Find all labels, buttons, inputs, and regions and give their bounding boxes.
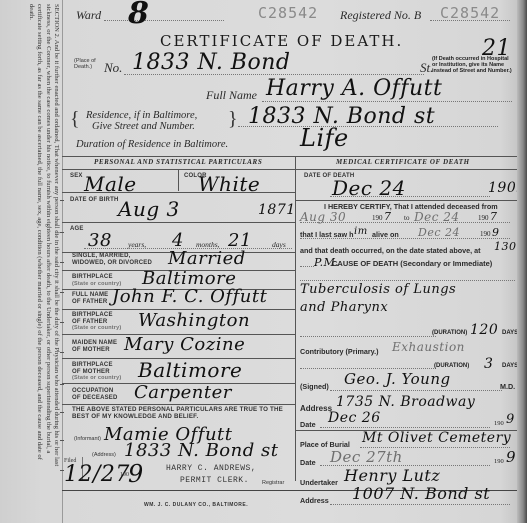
marital-label: SINGLE, MARRIED,WIDOWED, OR DIVORCED <box>72 253 152 266</box>
mother-birthplace-label: BIRTHPLACEOF MOTHER(State or country) <box>72 362 121 382</box>
contributory-value: Exhaustion <box>392 340 465 354</box>
full-name-label: Full Name <box>206 88 257 103</box>
last-saw-year: 9 <box>492 226 500 239</box>
informant-address: 1833 N. Bond st <box>124 440 278 461</box>
undertaker-label: Undertaker <box>300 478 338 487</box>
informant-address-label: (Address) <box>92 452 116 458</box>
duration-residence-value: Life <box>300 124 349 152</box>
ward-label: Ward <box>76 8 101 23</box>
filed-year: 9 <box>128 460 144 488</box>
last-saw-pronoun: im <box>354 226 368 237</box>
marital-value: Married <box>168 248 246 269</box>
time-of-death: 130 <box>494 240 517 253</box>
father-birthplace-value: Washington <box>138 310 250 331</box>
registrar-title: PERMIT CLERK. <box>180 476 249 485</box>
last-saw-year-label: 190 <box>480 230 491 238</box>
registrar-label: Registrar <box>262 480 284 486</box>
age-years: 38 <box>88 230 112 251</box>
residence-label-2: Give Street and Number. <box>92 121 195 132</box>
days-label: days <box>272 240 286 249</box>
certificate-date: Dec 26 <box>328 410 381 426</box>
place-of-death-label: (Place of Death.) <box>74 58 98 70</box>
physician-signature: Geo. J. Young <box>344 370 451 388</box>
certificate-title: CERTIFICATE OF DEATH. <box>160 32 403 50</box>
attestation-text: THE ABOVE STATED PERSONAL PARTICULARS AR… <box>72 407 283 420</box>
undertaker-name: Henry Lutz <box>344 466 440 485</box>
sex-label: SEX <box>70 173 83 180</box>
death-occurred-text: and that death occurred, on the date sta… <box>300 246 481 255</box>
contributory-label: Contributory (Primary.) <box>300 347 379 356</box>
father-label: FULL NAMEOF FATHER <box>72 292 108 305</box>
stamp-number: C28542 <box>258 4 318 22</box>
burial-date: Dec 27th <box>330 448 403 466</box>
hospital-note: (If Death occurred in Hospital or Instit… <box>432 56 512 75</box>
margin-ticks <box>60 0 64 523</box>
duration-label-2: (DURATION) <box>434 363 469 369</box>
last-saw-date: Dec 24 <box>418 226 460 239</box>
duration-1-value: 120 <box>470 322 498 338</box>
mother-maiden-name: Mary Cozine <box>124 334 245 355</box>
death-certificate-page: SECTION 2. And be it further enacted and… <box>0 0 527 523</box>
dob-label: DATE OF BIRTH <box>70 197 119 204</box>
cause-line-2: and Pharynx <box>300 300 388 315</box>
page-edge-shadow <box>517 0 527 523</box>
father-name: John F. C. Offutt <box>112 286 267 307</box>
place-of-death-value: 1833 N. Bond <box>132 50 290 75</box>
medical-header: MEDICAL CERTIFICATE OF DEATH <box>336 158 470 166</box>
duration-days-2: DAYS <box>502 363 518 369</box>
duration-residence-label: Duration of Residence in Baltimore. <box>76 139 228 150</box>
full-name-value: Harry A. Offutt <box>266 76 442 101</box>
md-label: M.D. <box>500 382 515 391</box>
attended-from-year-label: 190 <box>372 214 383 222</box>
place-no-label: No. <box>104 60 122 76</box>
attended-to-year: 7 <box>490 210 498 223</box>
date-of-death-value: Dec 24 <box>332 176 406 200</box>
years-label: years, <box>128 240 146 249</box>
attended-from: Aug 30 <box>300 210 346 224</box>
personal-header: PERSONAL AND STATISTICAL PARTICULARS <box>94 158 262 166</box>
occupation-value: Carpenter <box>134 382 232 403</box>
informant-label: (Informant) <box>74 436 101 442</box>
burial-year-label: 190 <box>494 458 504 465</box>
duration-days-1: DAYS <box>502 330 518 336</box>
mother-label: MAIDEN NAMEOF MOTHER <box>72 340 117 353</box>
duration-label-1: (DURATION) <box>432 330 467 336</box>
undertaker-address-label: Address <box>300 496 329 505</box>
physician-address: 1735 N. Broadway <box>336 394 475 410</box>
cause-label: CAUSE OF DEATH (Secondary or Immediate) <box>332 259 492 268</box>
registered-number: C28542 <box>440 4 500 22</box>
to-label: to <box>404 214 409 222</box>
duration-2-value: 3 <box>484 356 493 372</box>
law-text: SECTION 2. And be it further enacted and… <box>6 4 60 474</box>
dob-year: 1871 <box>258 202 296 218</box>
date-label: Date <box>300 420 316 429</box>
certificate-year: 9 <box>506 412 515 427</box>
mother-birthplace-value: Baltimore <box>138 358 242 382</box>
father-birthplace-label: BIRTHPLACEOF FATHER(State or country) <box>72 312 121 332</box>
occupation-label: OCCUPATIONOF DECEASED <box>72 388 118 401</box>
attended-to: Dec 24 <box>414 210 460 224</box>
law-sidebar: SECTION 2. And be it further enacted and… <box>0 0 63 523</box>
registered-label: Registered No. B <box>340 8 421 23</box>
burial-year: 9 <box>506 448 516 466</box>
dob-value: Aug 3 <box>118 197 180 221</box>
attended-from-year: 7 <box>384 210 392 223</box>
age-label: AGE <box>70 226 84 233</box>
undertaker-address: 1007 N. Bond st <box>352 484 490 503</box>
printer-imprint: WM. J. C. DULANY CO., BALTIMORE. <box>144 502 248 508</box>
residence-label-1: Residence, if in Baltimore, <box>86 110 197 121</box>
burial-place: Mt Olivet Cemetery <box>362 430 511 446</box>
certificate-year-label: 190 <box>494 420 504 427</box>
registrar-name: HARRY C. ANDREWS, <box>166 464 256 473</box>
burial-date-label: Date <box>300 458 316 467</box>
signed-label: (Signed) <box>300 382 329 391</box>
certify-text: I HEREBY CERTIFY, That I attended deceas… <box>324 202 498 211</box>
cause-line-1: Tuberculosis of Lungs <box>300 282 456 297</box>
ward-value: 8 <box>128 0 149 31</box>
attended-to-year-label: 190 <box>478 214 489 222</box>
alive-on-label: alive on <box>372 230 399 239</box>
last-saw-label: that I last saw h <box>300 230 354 239</box>
